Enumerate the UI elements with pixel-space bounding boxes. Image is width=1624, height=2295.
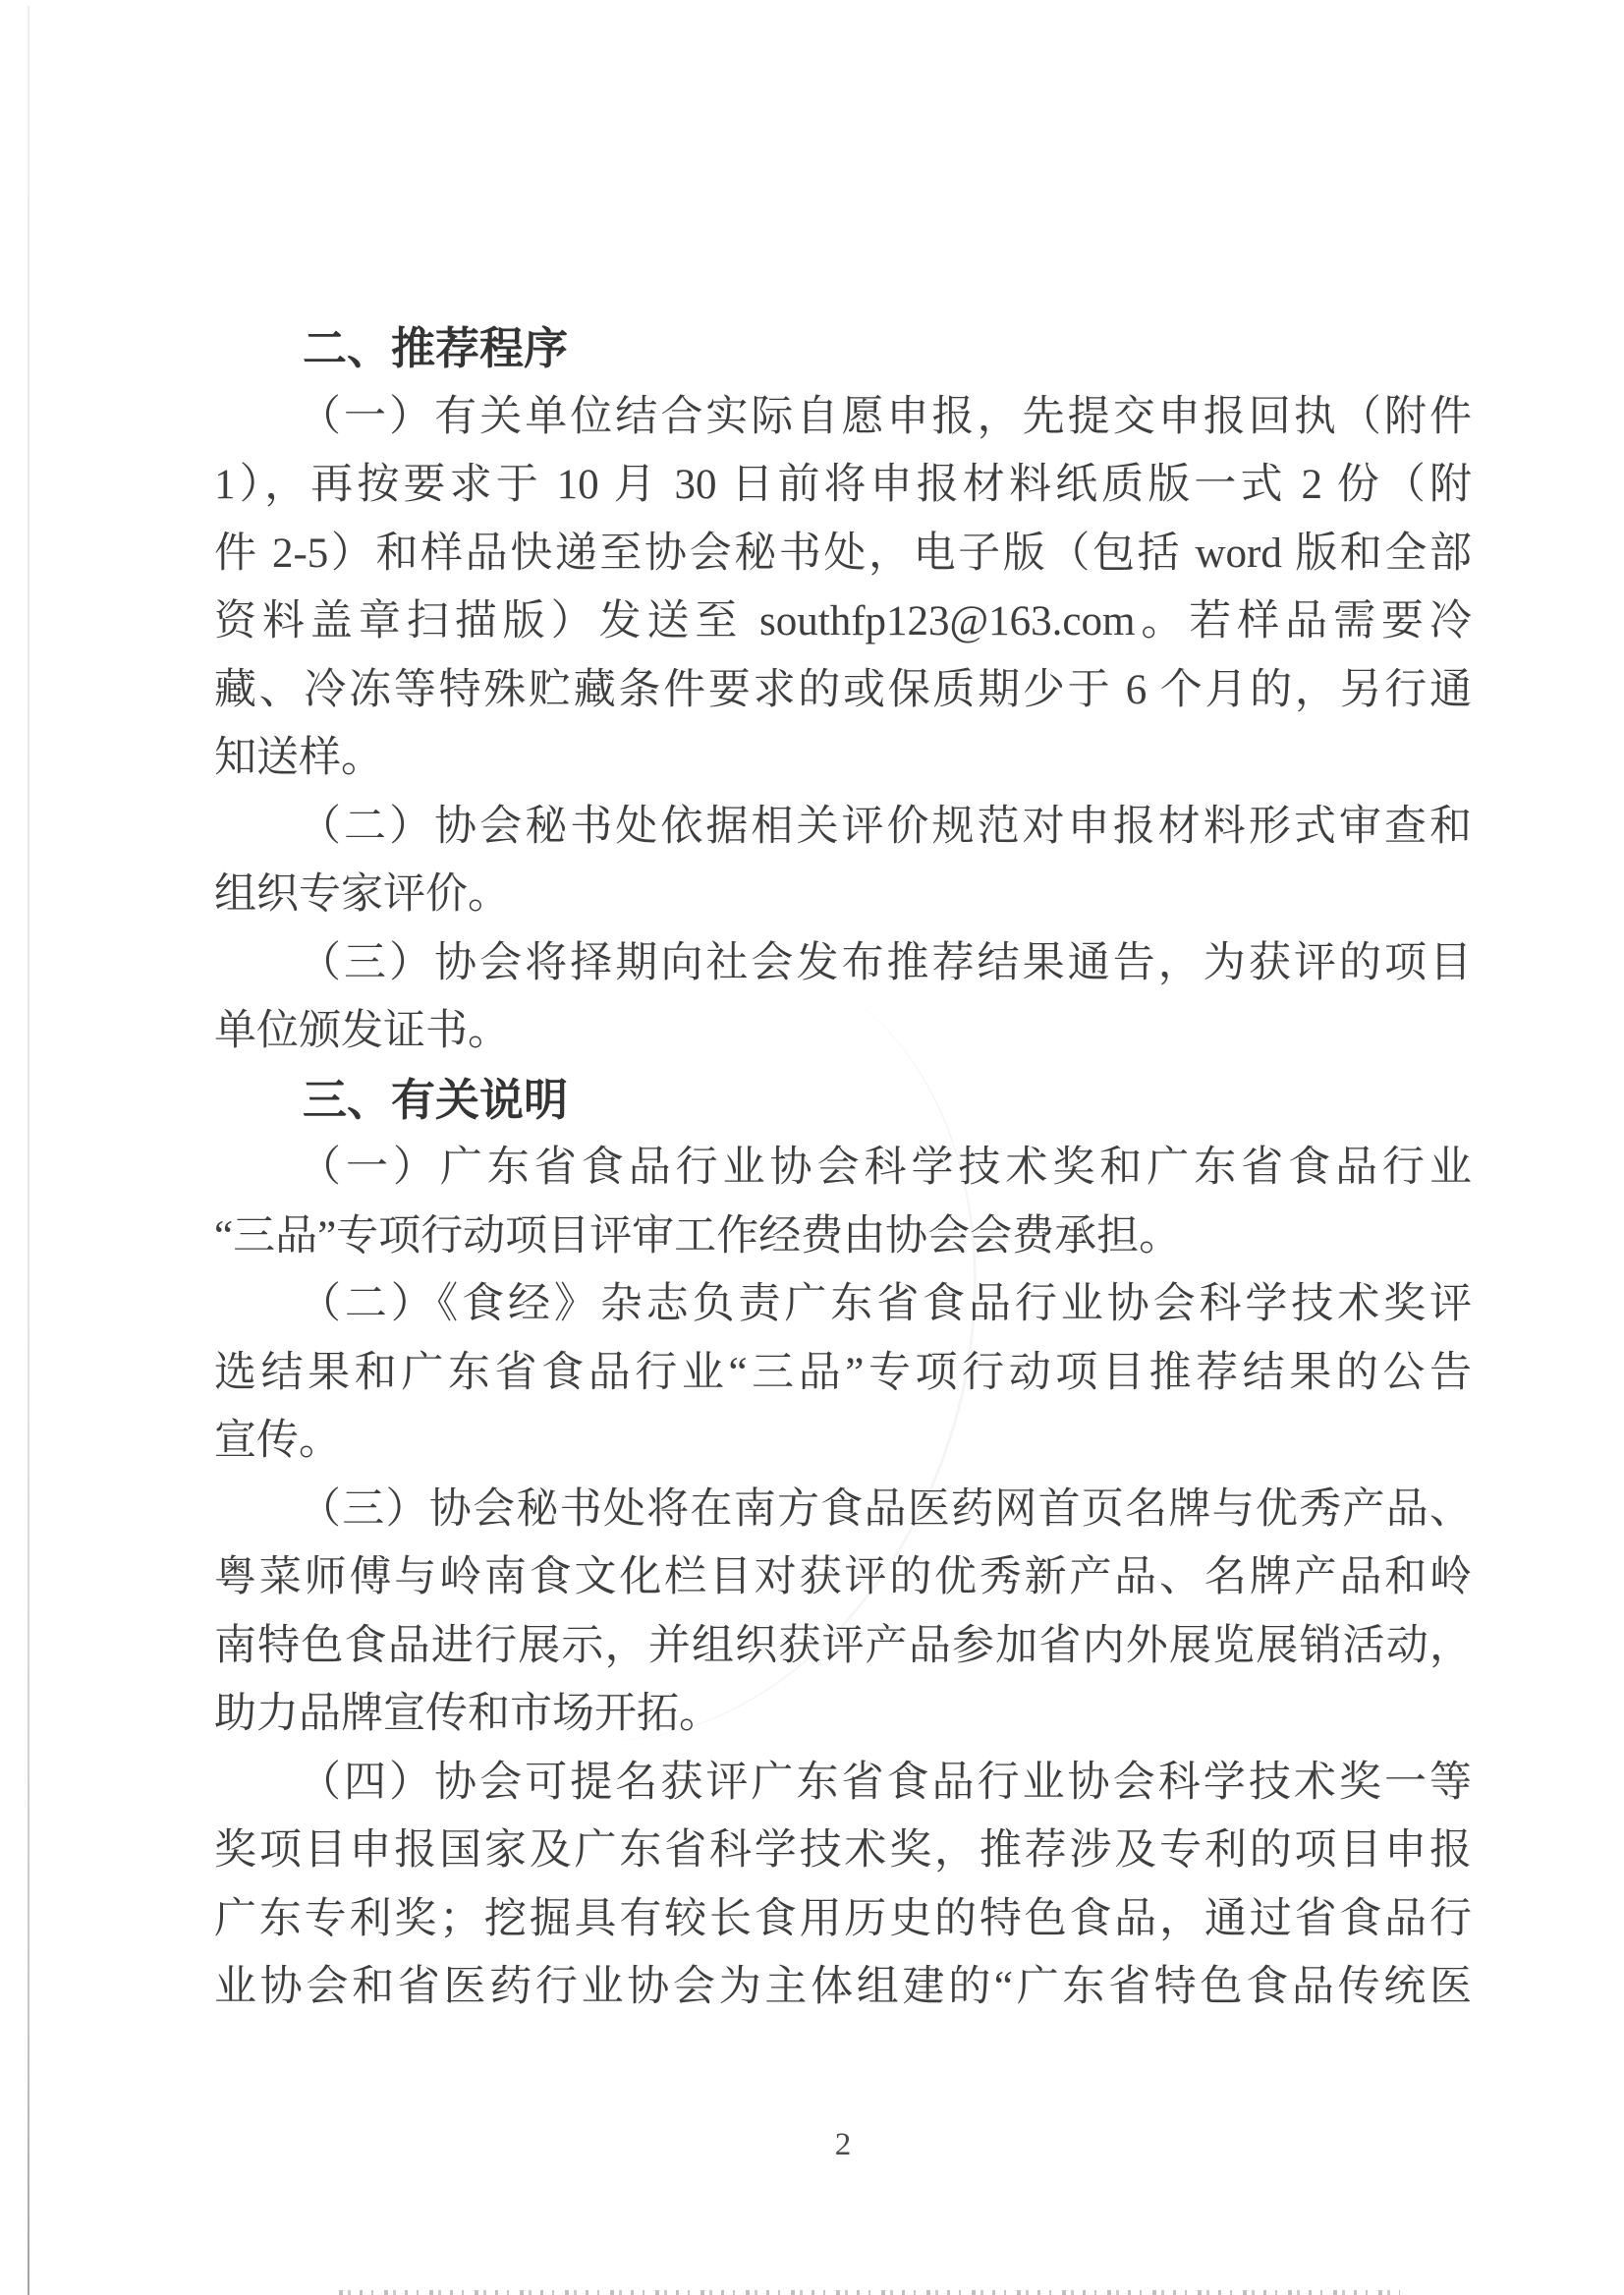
doc-line: 南特色食品进行展示，并组织获评产品参加省内外展览展销活动， — [214, 1612, 1472, 1681]
doc-line: 资料盖章扫描版）发送至 southfp123@163.com。若样品需要冷 — [214, 588, 1472, 656]
scan-edge-artifact — [28, 6, 29, 2295]
doc-line: 知送样。 — [214, 724, 1472, 793]
doc-line: 藏、冷冻等特殊贮藏条件要求的或保质期少于 6 个月的，另行通 — [214, 656, 1472, 725]
doc-line: “三品”专项行动项目评审工作经费由协会会费承担。 — [214, 1203, 1472, 1271]
doc-line: 广东专利奖；挖掘具有较长食用历史的特色食品，通过省食品行 — [214, 1885, 1472, 1954]
document-body: 二、推荐程序 （一）有关单位结合实际自愿申报，先提交申报回执（附件 1），再按要… — [214, 314, 1472, 2022]
doc-line: 单位颁发证书。 — [214, 997, 1472, 1066]
doc-line: （三）协会秘书处将在南方食品医药网首页名牌与优秀产品、 — [214, 1476, 1472, 1544]
document-page: 二、推荐程序 （一）有关单位结合实际自愿申报，先提交申报回执（附件 1），再按要… — [0, 0, 1624, 2295]
section-heading-related-notes: 三、有关说明 — [214, 1066, 1472, 1135]
doc-line: 选结果和广东省食品行业“三品”专项行动项目推荐结果的公告 — [214, 1339, 1472, 1408]
doc-line: 奖项目申报国家及广东省科学技术奖，推荐涉及专利的项目申报 — [214, 1817, 1472, 1885]
doc-line: 件 2-5）和样品快递至协会秘书处，电子版（包括 word 版和全部 — [214, 520, 1472, 588]
doc-line: 组织专家评价。 — [214, 861, 1472, 929]
section-heading-recommend-procedure: 二、推荐程序 — [214, 314, 1472, 383]
doc-line: （一）广东省食品行业协会科学技术奖和广东省食品行业 — [214, 1134, 1472, 1203]
page-number: 2 — [214, 2125, 1472, 2164]
doc-line: （二）《食经》杂志负责广东省食品行业协会科学技术奖评 — [214, 1270, 1472, 1339]
doc-line: 助力品牌宣传和市场开拓。 — [214, 1680, 1472, 1749]
doc-line: 1），再按要求于 10 月 30 日前将申报材料纸质版一式 2 份（附 — [214, 451, 1472, 520]
doc-line: （二）协会秘书处依据相关评价规范对申报材料形式审查和 — [214, 793, 1472, 862]
scan-bottom-artifact — [339, 2290, 1400, 2295]
doc-line: （四）协会可提名获评广东省食品行业协会科学技术奖一等 — [214, 1749, 1472, 1818]
doc-line: 宣传。 — [214, 1407, 1472, 1476]
doc-line: （三）协会将择期向社会发布推荐结果通告，为获评的项目 — [214, 929, 1472, 998]
doc-line: （一）有关单位结合实际自愿申报，先提交申报回执（附件 — [214, 383, 1472, 452]
doc-line: 粤菜师傅与岭南食文化栏目对获评的优秀新产品、名牌产品和岭 — [214, 1543, 1472, 1612]
doc-line: 业协会和省医药行业协会为主体组建的“广东省特色食品传统医 — [214, 1953, 1472, 2022]
